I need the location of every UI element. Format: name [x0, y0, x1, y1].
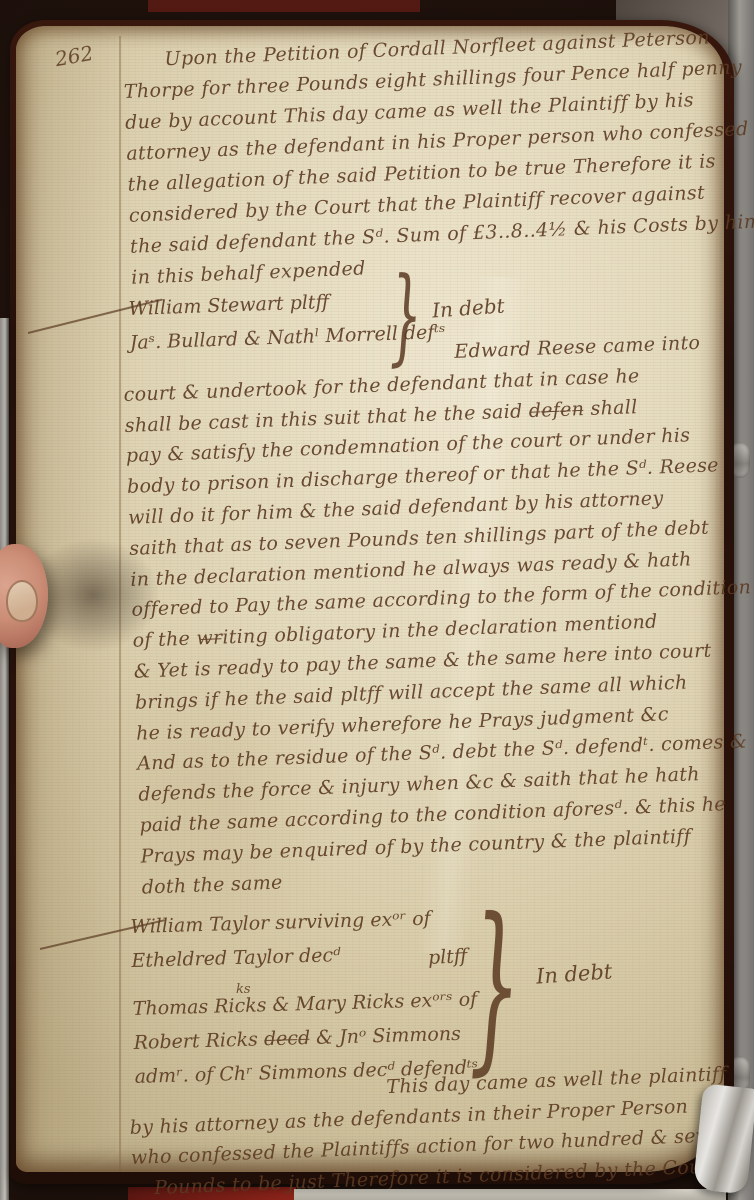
case-type-label: In debt	[431, 293, 505, 322]
case-type-label: In debt	[535, 959, 613, 988]
entry-confession: This day came as well the plaintiff by h…	[128, 1058, 752, 1200]
entry-reese-undertaking: Edward Reese came into court & undertook…	[122, 326, 754, 903]
interlineation-note: ks	[236, 982, 251, 997]
case-heading-taylor-ricks: William Taylor surviving exᵒʳ of Etheldr…	[130, 900, 480, 1094]
entry-upon-petition: Upon the Petition of Cordall Norfleet ag…	[122, 21, 754, 294]
plaintiff-abbr: pltff	[427, 945, 467, 969]
case-brace-icon: }	[468, 896, 521, 1074]
page-number: 262	[53, 41, 95, 71]
thumbnail	[6, 580, 38, 622]
metal-clip	[693, 1083, 754, 1194]
manuscript-photo: 262 Upon the Petition of Cordall Norflee…	[0, 0, 754, 1200]
